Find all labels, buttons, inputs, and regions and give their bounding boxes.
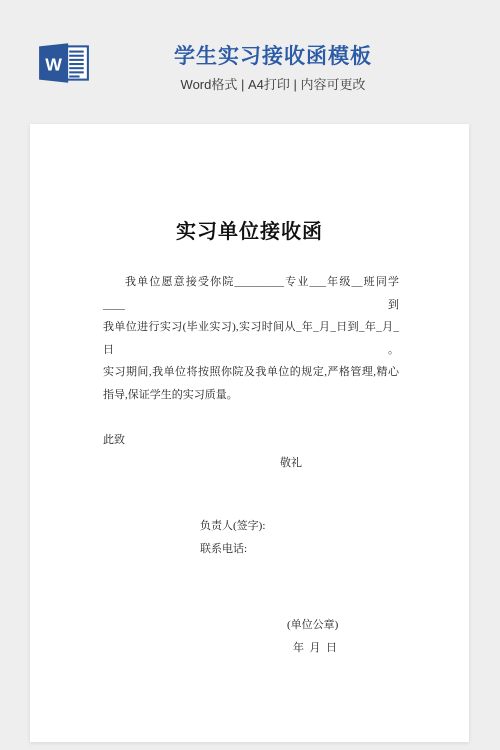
document-title: 实习单位接收函 xyxy=(30,220,469,244)
template-title: 学生实习接收函模板 xyxy=(46,44,500,70)
body-line-3: 实习期间,我单位将按照你院及我单位的规定,严格管理,精心 xyxy=(103,361,399,384)
template-subtitle: Word格式 | A4打印 | 内容可更改 xyxy=(46,77,500,93)
body-line-2: 我单位进行实习(毕业实习),实习时间从_年_月_日到_年_月_日。 xyxy=(103,316,399,361)
document-body: 我单位愿意接受你院_________专业___年级__班同学____到 我单位进… xyxy=(103,271,399,659)
page-background: W 学生实习接收函模板 Word格式 | A4打印 | 内容可更改 实习单位接收… xyxy=(0,0,500,750)
signer-label: 负责人(签字): xyxy=(103,515,399,538)
template-header: W 学生实习接收函模板 Word格式 | A4打印 | 内容可更改 xyxy=(0,0,500,124)
phone-label: 联系电话: xyxy=(103,538,399,561)
salutation-jingli: 敬礼 xyxy=(103,452,399,475)
body-line-4: 指导,保证学生的实习质量。 xyxy=(103,384,399,407)
body-line-1: 我单位愿意接受你院_________专业___年级__班同学____到 xyxy=(103,271,399,316)
date-label: 年 月 日 xyxy=(103,637,399,660)
salutation-cizhi: 此致 xyxy=(103,429,399,452)
seal-label: (单位公章) xyxy=(103,614,399,637)
document-preview-page: 实习单位接收函 我单位愿意接受你院_________专业___年级__班同学__… xyxy=(30,124,469,742)
header-text-block: 学生实习接收函模板 Word格式 | A4打印 | 内容可更改 xyxy=(0,0,500,93)
